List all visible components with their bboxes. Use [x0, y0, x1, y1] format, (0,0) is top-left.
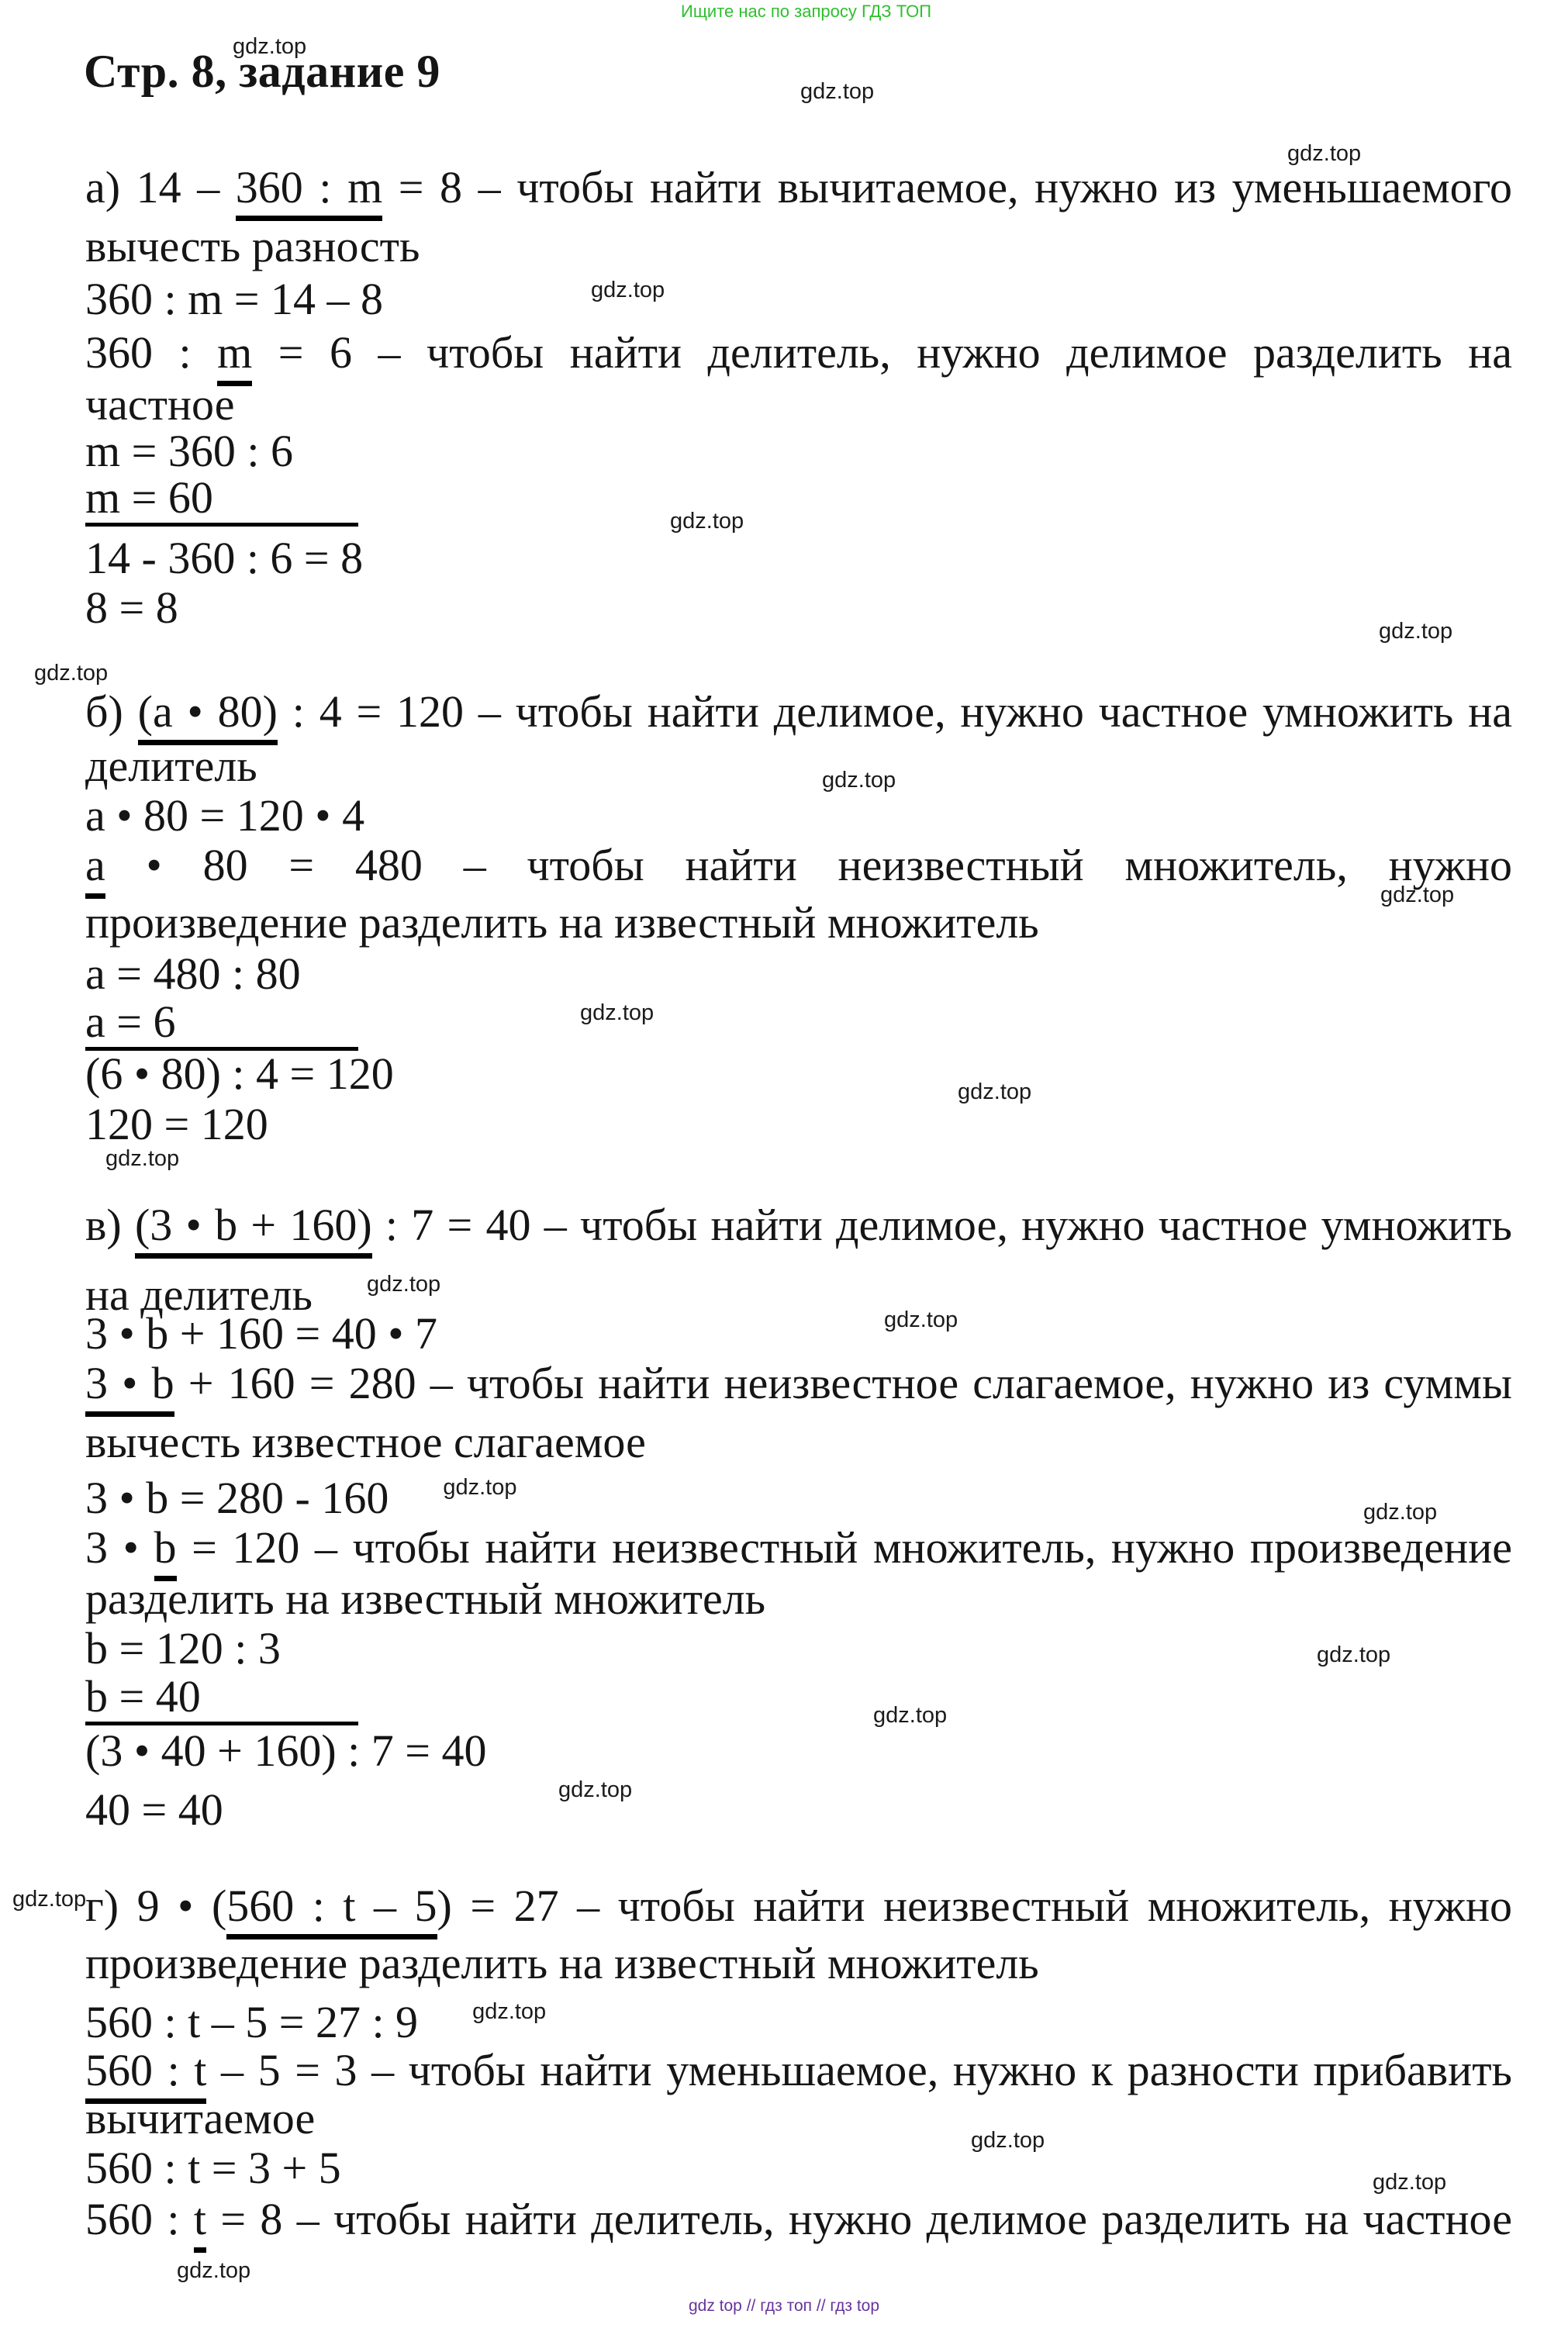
text-segment: вычитаемое	[85, 2093, 315, 2143]
solution-line: (6 • 80) : 4 = 120	[85, 1051, 1512, 1097]
text-segment: в)	[85, 1200, 135, 1250]
solution-line: вычесть разность	[85, 223, 1512, 270]
solution-line: m = 60	[85, 475, 1512, 521]
text-segment: разделить на известный множитель	[85, 1573, 765, 1624]
text-segment: : 4 = 120 – чтобы найти делимое, нужно ч…	[278, 686, 1512, 737]
text-segment: 560 : t = 3 + 5	[85, 2143, 341, 2193]
text-segment: 3 • b + 160 = 40 • 7	[85, 1308, 437, 1359]
text-segment: 360 :	[85, 327, 217, 378]
text-segment: = 8 – чтобы найти вычитаемое, нужно из у…	[382, 162, 1512, 212]
solution-line: а = 6	[85, 999, 1512, 1045]
text-segment: 3 • b = 280 - 160	[85, 1473, 389, 1523]
watermark-text: gdz.top	[1373, 2170, 1446, 2195]
text-segment: b = 40	[85, 1671, 201, 1722]
solution-line: 560 : t = 3 + 5	[85, 2145, 1512, 2192]
text-segment: m = 360 : 6	[85, 426, 293, 476]
text-segment: а • 80 = 120 • 4	[85, 790, 364, 841]
text-segment: : 7 = 40 – чтобы найти делимое, нужно ча…	[372, 1200, 1512, 1250]
solution-line: а) 14 – 360 : m = 8 – чтобы найти вычита…	[85, 164, 1512, 211]
solution-line: частное	[85, 382, 1512, 428]
watermark-text: gdz.top	[1379, 619, 1452, 644]
solution-line: а • 80 = 120 • 4	[85, 793, 1512, 839]
promo-text: Ищите нас по запросу ГДЗ ТОП	[681, 2, 931, 22]
text-segment: (6 • 80) : 4 = 120	[85, 1048, 394, 1099]
solution-line: 3 • b = 280 - 160gdz.top	[85, 1464, 1512, 1521]
watermark-text: gdz.top	[558, 1777, 632, 1803]
solution-line: 8 = 8	[85, 585, 1512, 631]
page: Ищите нас по запросу ГДЗ ТОП Стр. 8, зад…	[0, 0, 1568, 2328]
watermark-text: gdz.top	[1317, 1642, 1390, 1668]
solution-line: делитель	[85, 743, 1512, 789]
underlined-segment: а	[85, 840, 105, 899]
watermark-text: gdz.top	[591, 278, 665, 303]
text-segment: = 6 – чтобы найти делитель, нужно делимо…	[252, 327, 1512, 378]
text-segment: г) 9 • (	[85, 1881, 226, 1931]
text-segment: 40 = 40	[85, 1784, 223, 1835]
text-segment: 14 - 360 : 6 = 8	[85, 533, 363, 583]
underlined-segment: m	[217, 327, 252, 386]
watermark-text: gdz.top	[822, 768, 896, 793]
watermark-text: gdz.top	[1287, 141, 1361, 167]
text-segment: 560 : t – 5 = 27 : 9	[85, 1997, 418, 2047]
solution-line: 3 • b + 160 = 280 – чтобы найти неизвест…	[85, 1360, 1512, 1407]
solution-line: а • 80 = 480 – чтобы найти неизвестный м…	[85, 842, 1512, 889]
text-segment: = 120 – чтобы найти неизвестный множител…	[177, 1522, 1513, 1573]
solution-line: 560 : t – 5 = 27 : 9gdz.top	[85, 1988, 1512, 2046]
underlined-segment: 560 : t – 5	[226, 1881, 437, 1939]
solution-line: 3 • b + 160 = 40 • 7	[85, 1311, 1512, 1357]
watermark-text: gdz.top	[971, 2128, 1045, 2154]
underlined-segment: b	[154, 1522, 177, 1581]
text-segment: ) = 27 – чтобы найти неизвестный множите…	[437, 1881, 1512, 1931]
watermark-text: gdz.top	[177, 2258, 250, 2284]
watermark-text: gdz.top	[670, 509, 744, 534]
watermark-text: gdz.top	[233, 34, 306, 60]
solution-line: вычитаемое	[85, 2095, 1512, 2142]
solution-line: г) 9 • (560 : t – 5) = 27 – чтобы найти …	[85, 1883, 1512, 1929]
underlined-segment: (а • 80)	[138, 686, 278, 745]
underlined-segment: t	[194, 2194, 206, 2253]
text-segment: 3 •	[85, 1522, 154, 1573]
watermark-text: gdz.top	[367, 1272, 440, 1297]
text-segment: вычесть известное слагаемое	[85, 1417, 646, 1467]
text-segment: b = 120 : 3	[85, 1623, 281, 1673]
text-segment: делитель	[85, 741, 257, 791]
text-segment: а = 6	[85, 996, 175, 1047]
solution-line: а = 480 : 80	[85, 951, 1512, 997]
text-segment: (3 • 40 + 160) : 7 = 40	[85, 1725, 486, 1776]
solution-line: 3 • b = 120 – чтобы найти неизвестный мн…	[85, 1525, 1512, 1571]
watermark-text: gdz.top	[884, 1307, 958, 1333]
text-segment: частное	[85, 379, 235, 430]
watermark-text: gdz.top	[1363, 1500, 1437, 1525]
watermark-text: gdz.top	[873, 1703, 947, 1729]
text-segment: = 8 – чтобы найти делитель, нужно делимо…	[206, 2194, 1512, 2244]
watermark-text: gdz.top	[1380, 882, 1454, 908]
solution-line: произведение разделить на известный множ…	[85, 1940, 1512, 1987]
text-segment: 360 : m = 14 – 8	[85, 274, 383, 324]
solution-line: разделить на известный множитель	[85, 1576, 1512, 1622]
watermark-text: gdz.top	[580, 1000, 654, 1026]
text-segment: 8 = 8	[85, 582, 178, 633]
solution-line: произведение разделить на известный множ…	[85, 900, 1512, 946]
watermark-text: gdz.top	[12, 1887, 86, 1912]
watermark-text: gdz.top	[34, 661, 108, 686]
underlined-segment: 3 • b	[85, 1358, 174, 1417]
solution-line: в) (3 • b + 160) : 7 = 40 – чтобы найти …	[85, 1202, 1512, 1249]
footer-text: gdz top // гдз топ // гдз top	[0, 2297, 1568, 2316]
watermark-text: gdz.top	[800, 79, 874, 105]
text-segment: • 80 = 480 – чтобы найти неизвестный мно…	[105, 840, 1512, 890]
watermark-text: gdz.top	[105, 1146, 179, 1172]
solution-line: 360 : m = 6 – чтобы найти делитель, нужн…	[85, 330, 1512, 376]
text-segment: 560 :	[85, 2194, 194, 2244]
text-segment: – 5 = 3 – чтобы найти уменьшаемое, нужно…	[206, 2045, 1512, 2095]
solution-line: 14 - 360 : 6 = 8	[85, 535, 1512, 582]
watermark-text: gdz.top	[443, 1475, 516, 1500]
solution-line: 120 = 120	[85, 1101, 1512, 1148]
watermark-text: gdz.top	[958, 1079, 1031, 1105]
text-segment: вычесть разность	[85, 221, 420, 271]
solution-line: b = 120 : 3	[85, 1625, 1512, 1672]
text-segment: m = 60	[85, 472, 213, 523]
solution-line: вычесть известное слагаемое	[85, 1419, 1512, 1466]
underlined-segment: 360 : m	[236, 162, 382, 221]
text-segment: произведение разделить на известный множ…	[85, 897, 1039, 948]
text-segment: 120 = 120	[85, 1099, 268, 1149]
solution-line: 360 : m = 14 – 8	[85, 276, 1512, 323]
text-segment: б)	[85, 686, 138, 737]
solution-line: b = 40	[85, 1673, 1512, 1720]
solution-line: 560 : t = 8 – чтобы найти делитель, нужн…	[85, 2196, 1512, 2243]
solution-line: (3 • 40 + 160) : 7 = 40	[85, 1728, 1512, 1774]
solution-line: 560 : t – 5 = 3 – чтобы найти уменьшаемо…	[85, 2047, 1512, 2094]
text-segment: произведение разделить на известный множ…	[85, 1938, 1039, 1988]
watermark-text: gdz.top	[472, 1999, 546, 2024]
text-segment: а = 480 : 80	[85, 948, 301, 999]
solution-line: б) (а • 80) : 4 = 120 – чтобы найти дели…	[85, 689, 1512, 735]
underlined-segment: (3 • b + 160)	[135, 1200, 372, 1259]
solution-line: m = 360 : 6	[85, 428, 1512, 475]
text-segment: + 160 = 280 – чтобы найти неизвестное сл…	[174, 1358, 1512, 1408]
text-segment: а) 14 –	[85, 162, 236, 212]
solution-line: 40 = 40	[85, 1787, 1512, 1833]
